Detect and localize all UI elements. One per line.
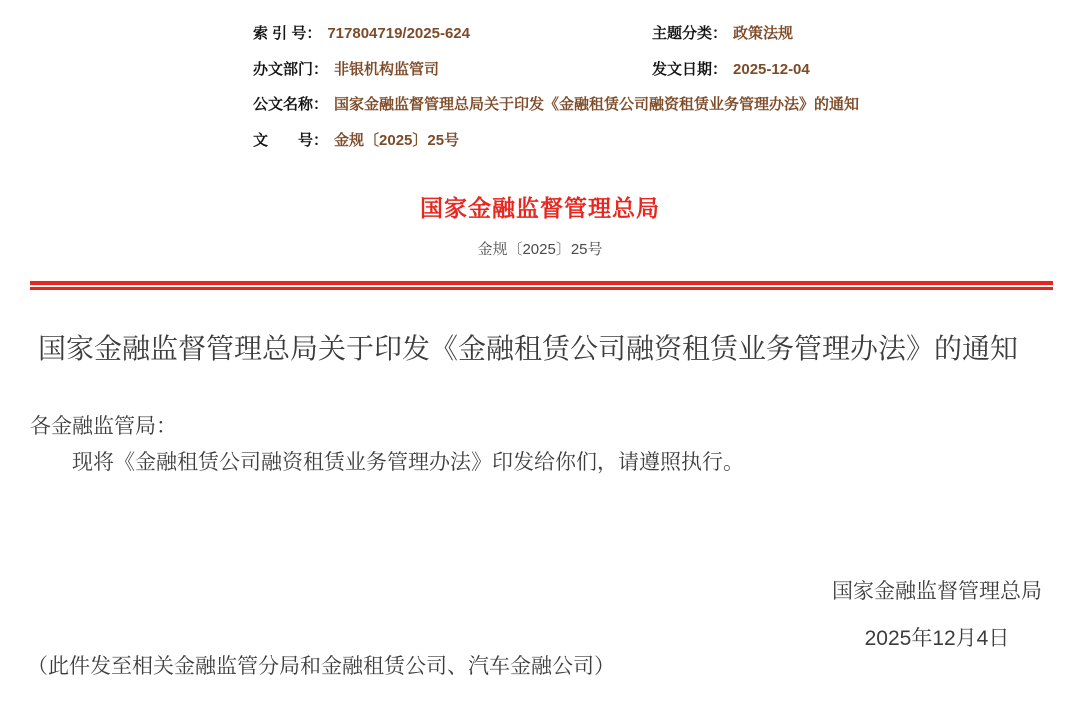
issuing-agency-title: 国家金融监督管理总局 (0, 190, 1080, 223)
meta-label-topic-category: 主题分类： (652, 26, 727, 41)
document-page: 索 引 号：717804719/2025-624主题分类：政策法规 办文部门：非… (0, 0, 1080, 711)
meta-value-topic-category: 政策法规 (733, 26, 793, 41)
signature-block: 国家金融监督管理总局 2025年12月4日 (832, 575, 1042, 652)
article-title: 国家金融监督管理总局关于印发《金融租赁公司融资租赁业务管理办法》的通知 (38, 331, 1043, 366)
meta-row-department: 办文部门：非银机构监管司发文日期：2025-12-04 (253, 62, 973, 98)
document-number-subtitle: 金规〔2025〕25号 (0, 238, 1080, 259)
meta-label-index-number: 索 引 号： (253, 26, 321, 41)
meta-label-department: 办文部门： (253, 62, 328, 77)
meta-value-department: 非银机构监管司 (334, 62, 439, 77)
signature-org: 国家金融监督管理总局 (832, 575, 1042, 605)
meta-value-document-name: 国家金融监督管理总局关于印发《金融租赁公司融资租赁业务管理办法》的通知 (334, 97, 859, 112)
signature-date: 2025年12月4日 (832, 622, 1042, 652)
body-paragraph: 现将《金融租赁公司融资租赁业务管理办法》印发给你们，请遵照执行。 (30, 449, 1040, 477)
red-divider-rule (30, 281, 1053, 290)
meta-row-document-number: 文 号：金规〔2025〕25号 (253, 133, 973, 169)
meta-label-document-number: 文 号： (253, 133, 328, 148)
document-meta-table: 索 引 号：717804719/2025-624主题分类：政策法规 办文部门：非… (253, 26, 973, 168)
meta-value-issue-date: 2025-12-04 (733, 62, 810, 77)
meta-row-index-number: 索 引 号：717804719/2025-624主题分类：政策法规 (253, 26, 973, 62)
meta-label-document-name: 公文名称： (253, 97, 328, 112)
meta-value-index-number: 717804719/2025-624 (327, 26, 470, 41)
meta-value-document-number: 金规〔2025〕25号 (334, 133, 459, 148)
meta-label-issue-date: 发文日期： (652, 62, 727, 77)
meta-row-document-name: 公文名称：国家金融监督管理总局关于印发《金融租赁公司融资租赁业务管理办法》的通知 (253, 97, 973, 133)
salutation: 各金融监管局： (30, 410, 177, 440)
distribution-note: （此件发至相关金融监管分局和金融租赁公司、汽车金融公司） (27, 650, 615, 680)
